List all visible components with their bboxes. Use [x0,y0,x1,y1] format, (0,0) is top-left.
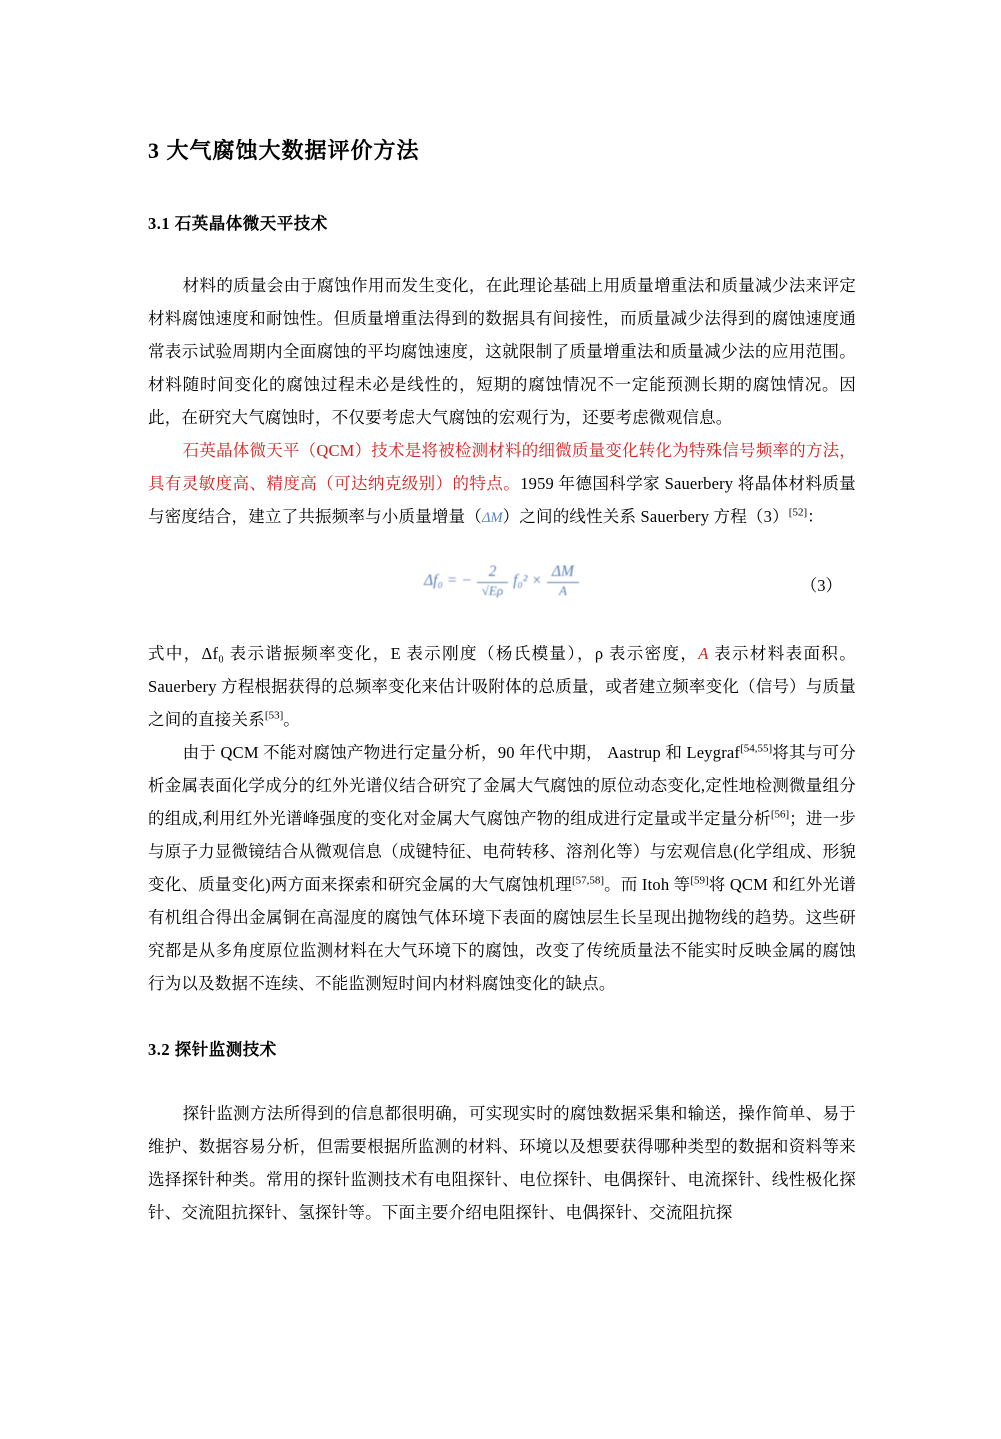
page-content: 3 大气腐蚀大数据评价方法 3.1 石英晶体微天平技术 材料的质量会由于腐蚀作用… [0,0,1001,1439]
citation-56: [56] [771,809,789,821]
eq-fraction-2: ΔMA [547,563,579,599]
sauerbrey-equation: Δf₀=−2√Eρf₀²×ΔMA [422,563,582,599]
paragraph-qcm-intro: 石英晶体微天平（QCM）技术是将被检测材料的细微质量变化转化为特殊信号频率的方法… [148,434,856,535]
eq-fraction-2-denominator: A [547,583,579,599]
delta-m-inline-equation: ΔM [482,510,503,526]
eq-f0-squared: f₀² [513,572,527,590]
colon-text: ： [807,507,824,526]
eq-minus-sign: − [461,572,471,590]
equation-3-block: Δf₀=−2√Eρf₀²×ΔMA （3） [148,555,856,613]
eq-fraction-1-denominator: √Eρ [477,583,508,599]
eq-fraction-1: 2√Eρ [477,563,508,599]
citation-54-55: [54,55] [740,743,772,755]
eq-fraction-2-numerator: ΔM [547,563,579,583]
citation-53: [53] [265,710,283,722]
qcm-research-text-1: 由于 QCM 不能对腐蚀产物进行定量分析，90 年代中期， Aastrup 和 … [183,743,740,762]
citation-57-58: [57,58] [572,875,604,887]
variable-a-red: A [698,644,708,663]
eq-equals-sign: = [447,572,457,590]
period-text: 。 [283,710,300,729]
paragraph-equation-terms: 式中，Δf₀ 表示谐振频率变化，E 表示刚度（杨氏模量），ρ 表示密度，A 表示… [148,637,856,736]
qcm-history-text-2: ）之间的线性关系 Sauerbery 方程（3） [503,507,789,526]
equation-number: （3） [801,572,842,596]
citation-52: [52] [789,507,807,519]
document-page: { "colors": { "body_text": "#000000", "h… [0,0,1001,1439]
eq-times-sign: × [531,572,541,590]
equation-terms-text: 式中，Δf₀ 表示谐振频率变化，E 表示刚度（杨氏模量），ρ 表示密度， [148,644,698,663]
paragraph-qcm-research: 由于 QCM 不能对腐蚀产物进行定量分析，90 年代中期， Aastrup 和 … [148,736,856,1000]
eq-fraction-1-numerator: 2 [477,563,508,583]
paragraph-mass-method: 材料的质量会由于腐蚀作用而发生变化，在此理论基础上用质量增重法和质量减少法来评定… [148,269,856,434]
citation-59: [59] [690,875,708,887]
chapter-title: 3 大气腐蚀大数据评价方法 [148,138,856,164]
section-heading-3-1: 3.1 石英晶体微天平技术 [148,214,856,235]
eq-lhs: Δf₀ [424,572,443,590]
qcm-research-text-4: 。而 Itoh 等 [604,875,690,894]
paragraph-probe-monitoring: 探针监测方法所得到的信息都很明确，可实现实时的腐蚀数据采集和输送，操作简单、易于… [148,1097,856,1229]
section-heading-3-2: 3.2 探针监测技术 [148,1040,856,1061]
